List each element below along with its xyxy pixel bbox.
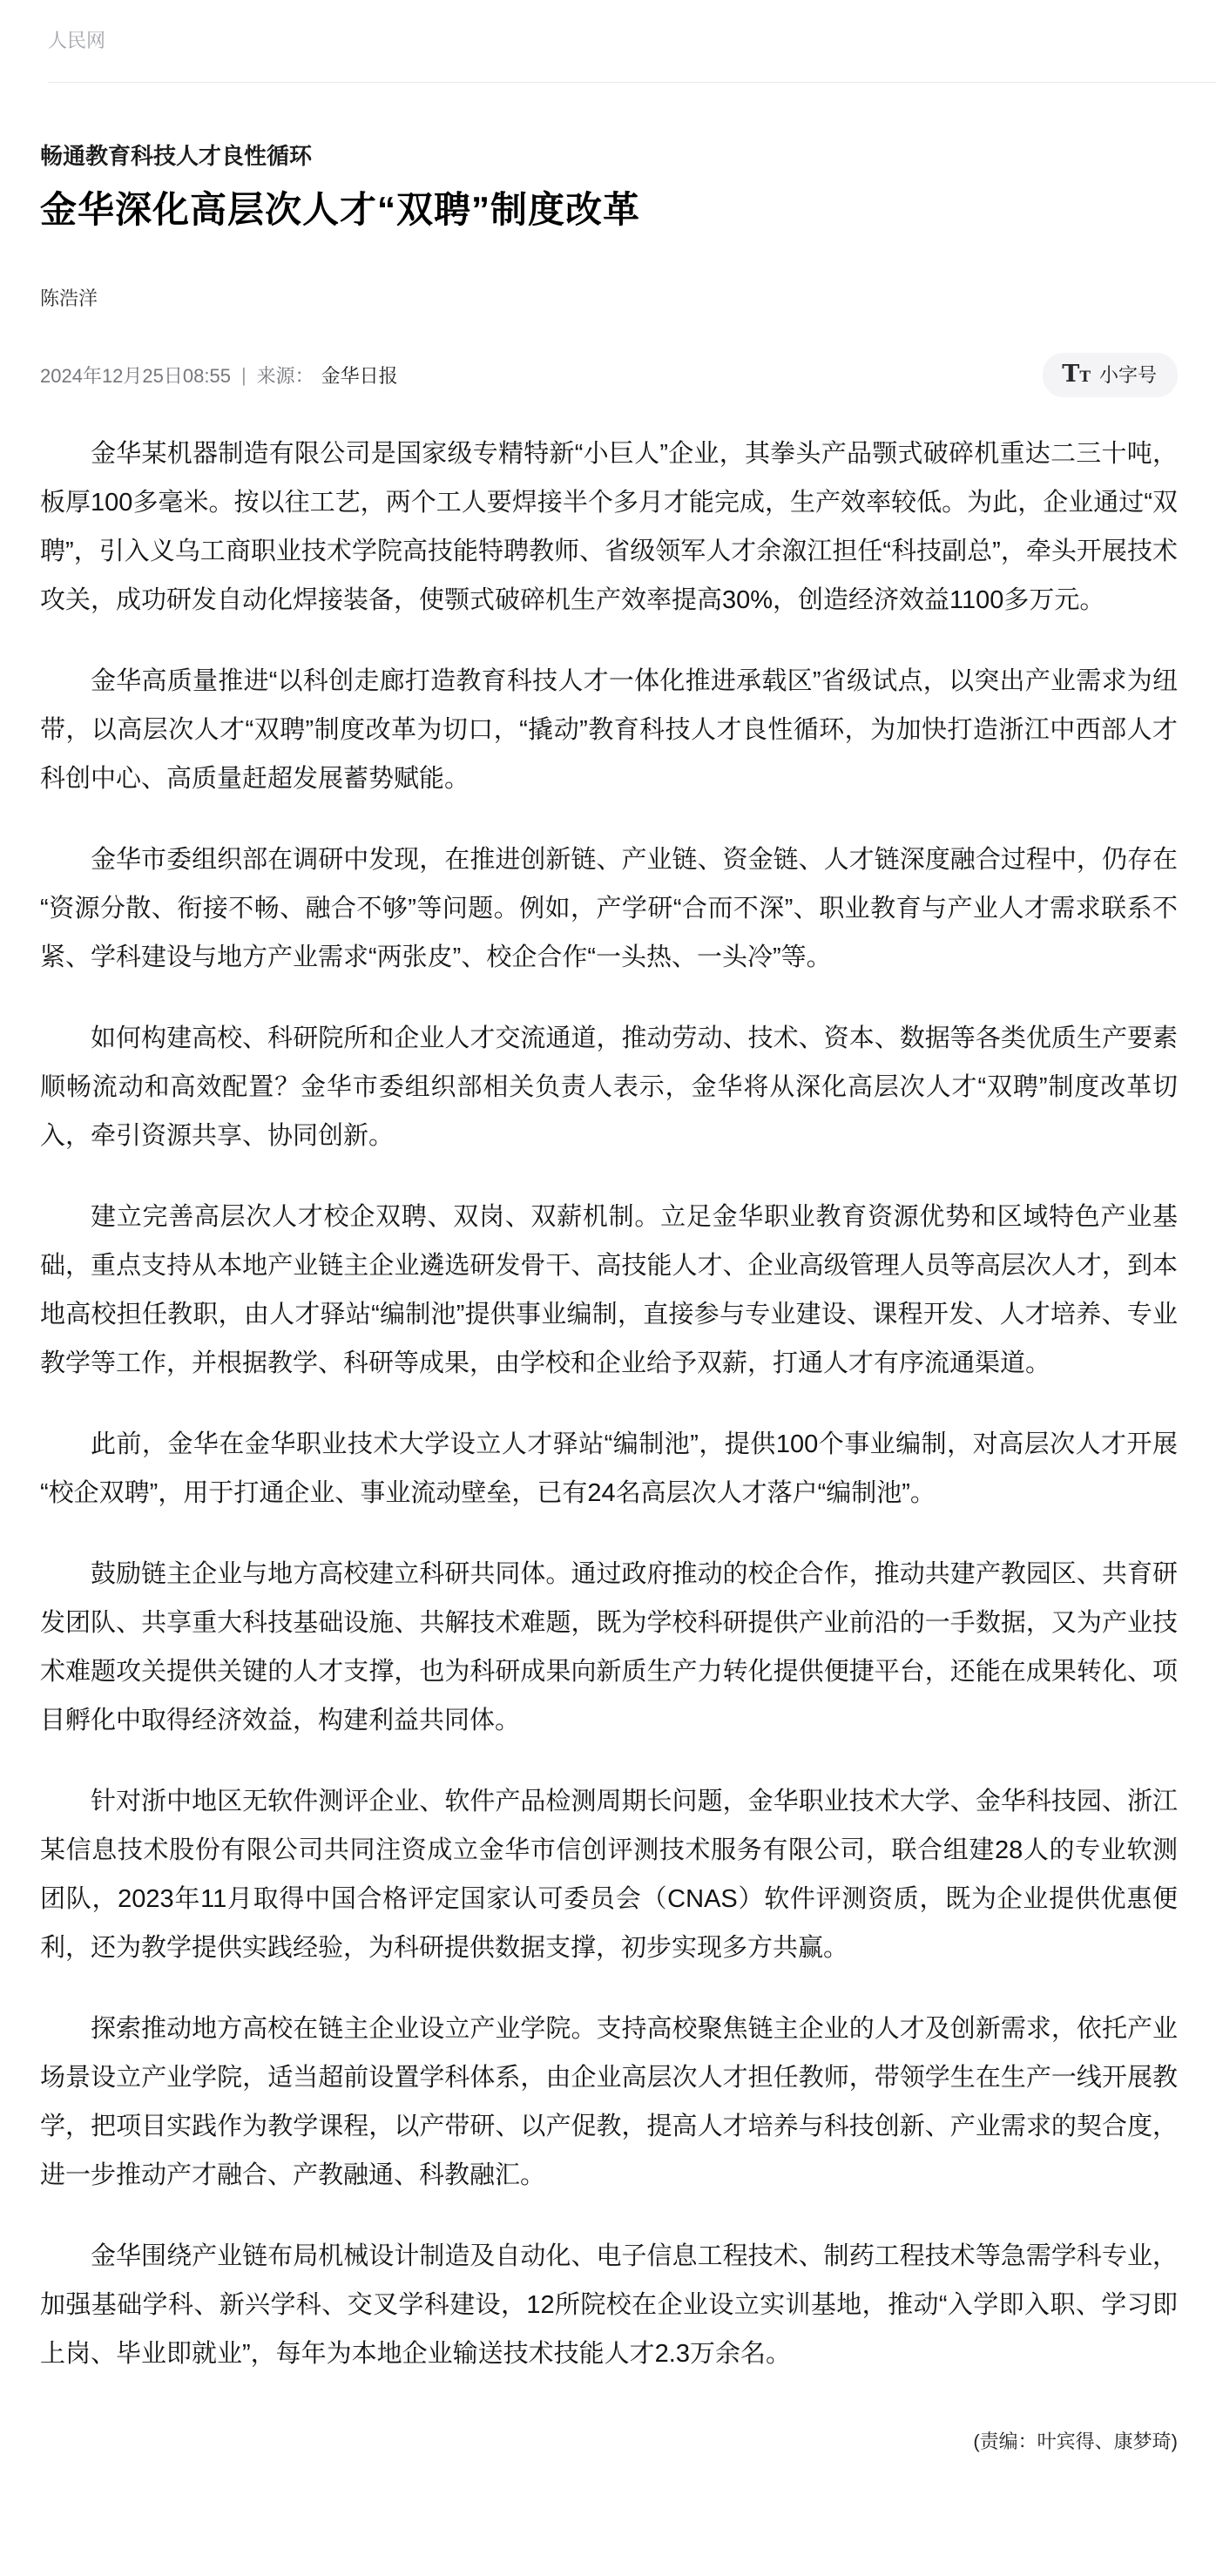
source-link[interactable]: 金华日报 (321, 362, 398, 389)
article-paragraph: 鼓励链主企业与地方高校建立科研共同体。通过政府推动的校企合作，推动共建产教园区、… (40, 1550, 1178, 1745)
publish-date: 2024年12月25日08:55 (40, 362, 231, 389)
article-paragraph: 此前，金华在金华职业技术大学设立人才驿站“编制池”，提供100个事业编制，对高层… (40, 1420, 1178, 1518)
article-body: 金华某机器制造有限公司是国家级专精特新“小巨人”企业，其拳头产品颚式破碎机重达二… (40, 429, 1178, 2378)
article-paragraph: 金华某机器制造有限公司是国家级专精特新“小巨人”企业，其拳头产品颚式破碎机重达二… (40, 429, 1178, 625)
article-paragraph: 金华高质量推进“以科创走廊打造教育科技人才一体化推进承载区”省级试点，以突出产业… (40, 657, 1178, 803)
font-size-large-t-icon: T (1062, 362, 1079, 386)
font-size-label: 小字号 (1099, 361, 1157, 388)
author-name: 陈浩洋 (40, 284, 1178, 311)
site-logo-link[interactable]: 人民网 (48, 26, 105, 53)
article-paragraph: 金华围绕产业链布局机械设计制造及自动化、电子信息工程技术、制药工程技术等急需学科… (40, 2232, 1178, 2378)
publish-meta: 2024年12月25日08:55 | 来源： 金华日报 (40, 362, 398, 389)
article-paragraph: 针对浙中地区无软件测评企业、软件产品检测周期长问题，金华职业技术大学、金华科技园… (40, 1777, 1178, 1972)
source-label: 来源： (257, 362, 314, 389)
article-paragraph: 探索推动地方高校在链主企业设立产业学院。支持高校聚焦链主企业的人才及创新需求，依… (40, 2005, 1178, 2200)
site-header: 人民网 (0, 0, 1216, 53)
article-eyebrow: 畅通教育科技人才良性循环 (40, 139, 1178, 171)
meta-separator: | (231, 364, 257, 387)
article-paragraph: 如何构建高校、科研院所和企业人才交流通道，推动劳动、技术、资本、数据等各类优质生… (40, 1014, 1178, 1160)
font-size-small-t-icon: T (1079, 370, 1091, 385)
font-size-button[interactable]: T T 小字号 (1043, 353, 1178, 397)
editors-note: (责编：叶宾得、康梦琦) (40, 2427, 1178, 2454)
header-divider (48, 82, 1216, 83)
article-page: 畅通教育科技人才良性循环 金华深化高层次人才“双聘”制度改革 陈浩洋 2024年… (0, 139, 1216, 2493)
meta-row: 2024年12月25日08:55 | 来源： 金华日报 T T 小字号 (40, 353, 1178, 397)
article-paragraph: 金华市委组织部在调研中发现，在推进创新链、产业链、资金链、人才链深度融合过程中，… (40, 835, 1178, 982)
article-paragraph: 建立完善高层次人才校企双聘、双岗、双薪机制。立足金华职业教育资源优势和区域特色产… (40, 1193, 1178, 1388)
page-title: 金华深化高层次人才“双聘”制度改革 (40, 186, 1178, 233)
